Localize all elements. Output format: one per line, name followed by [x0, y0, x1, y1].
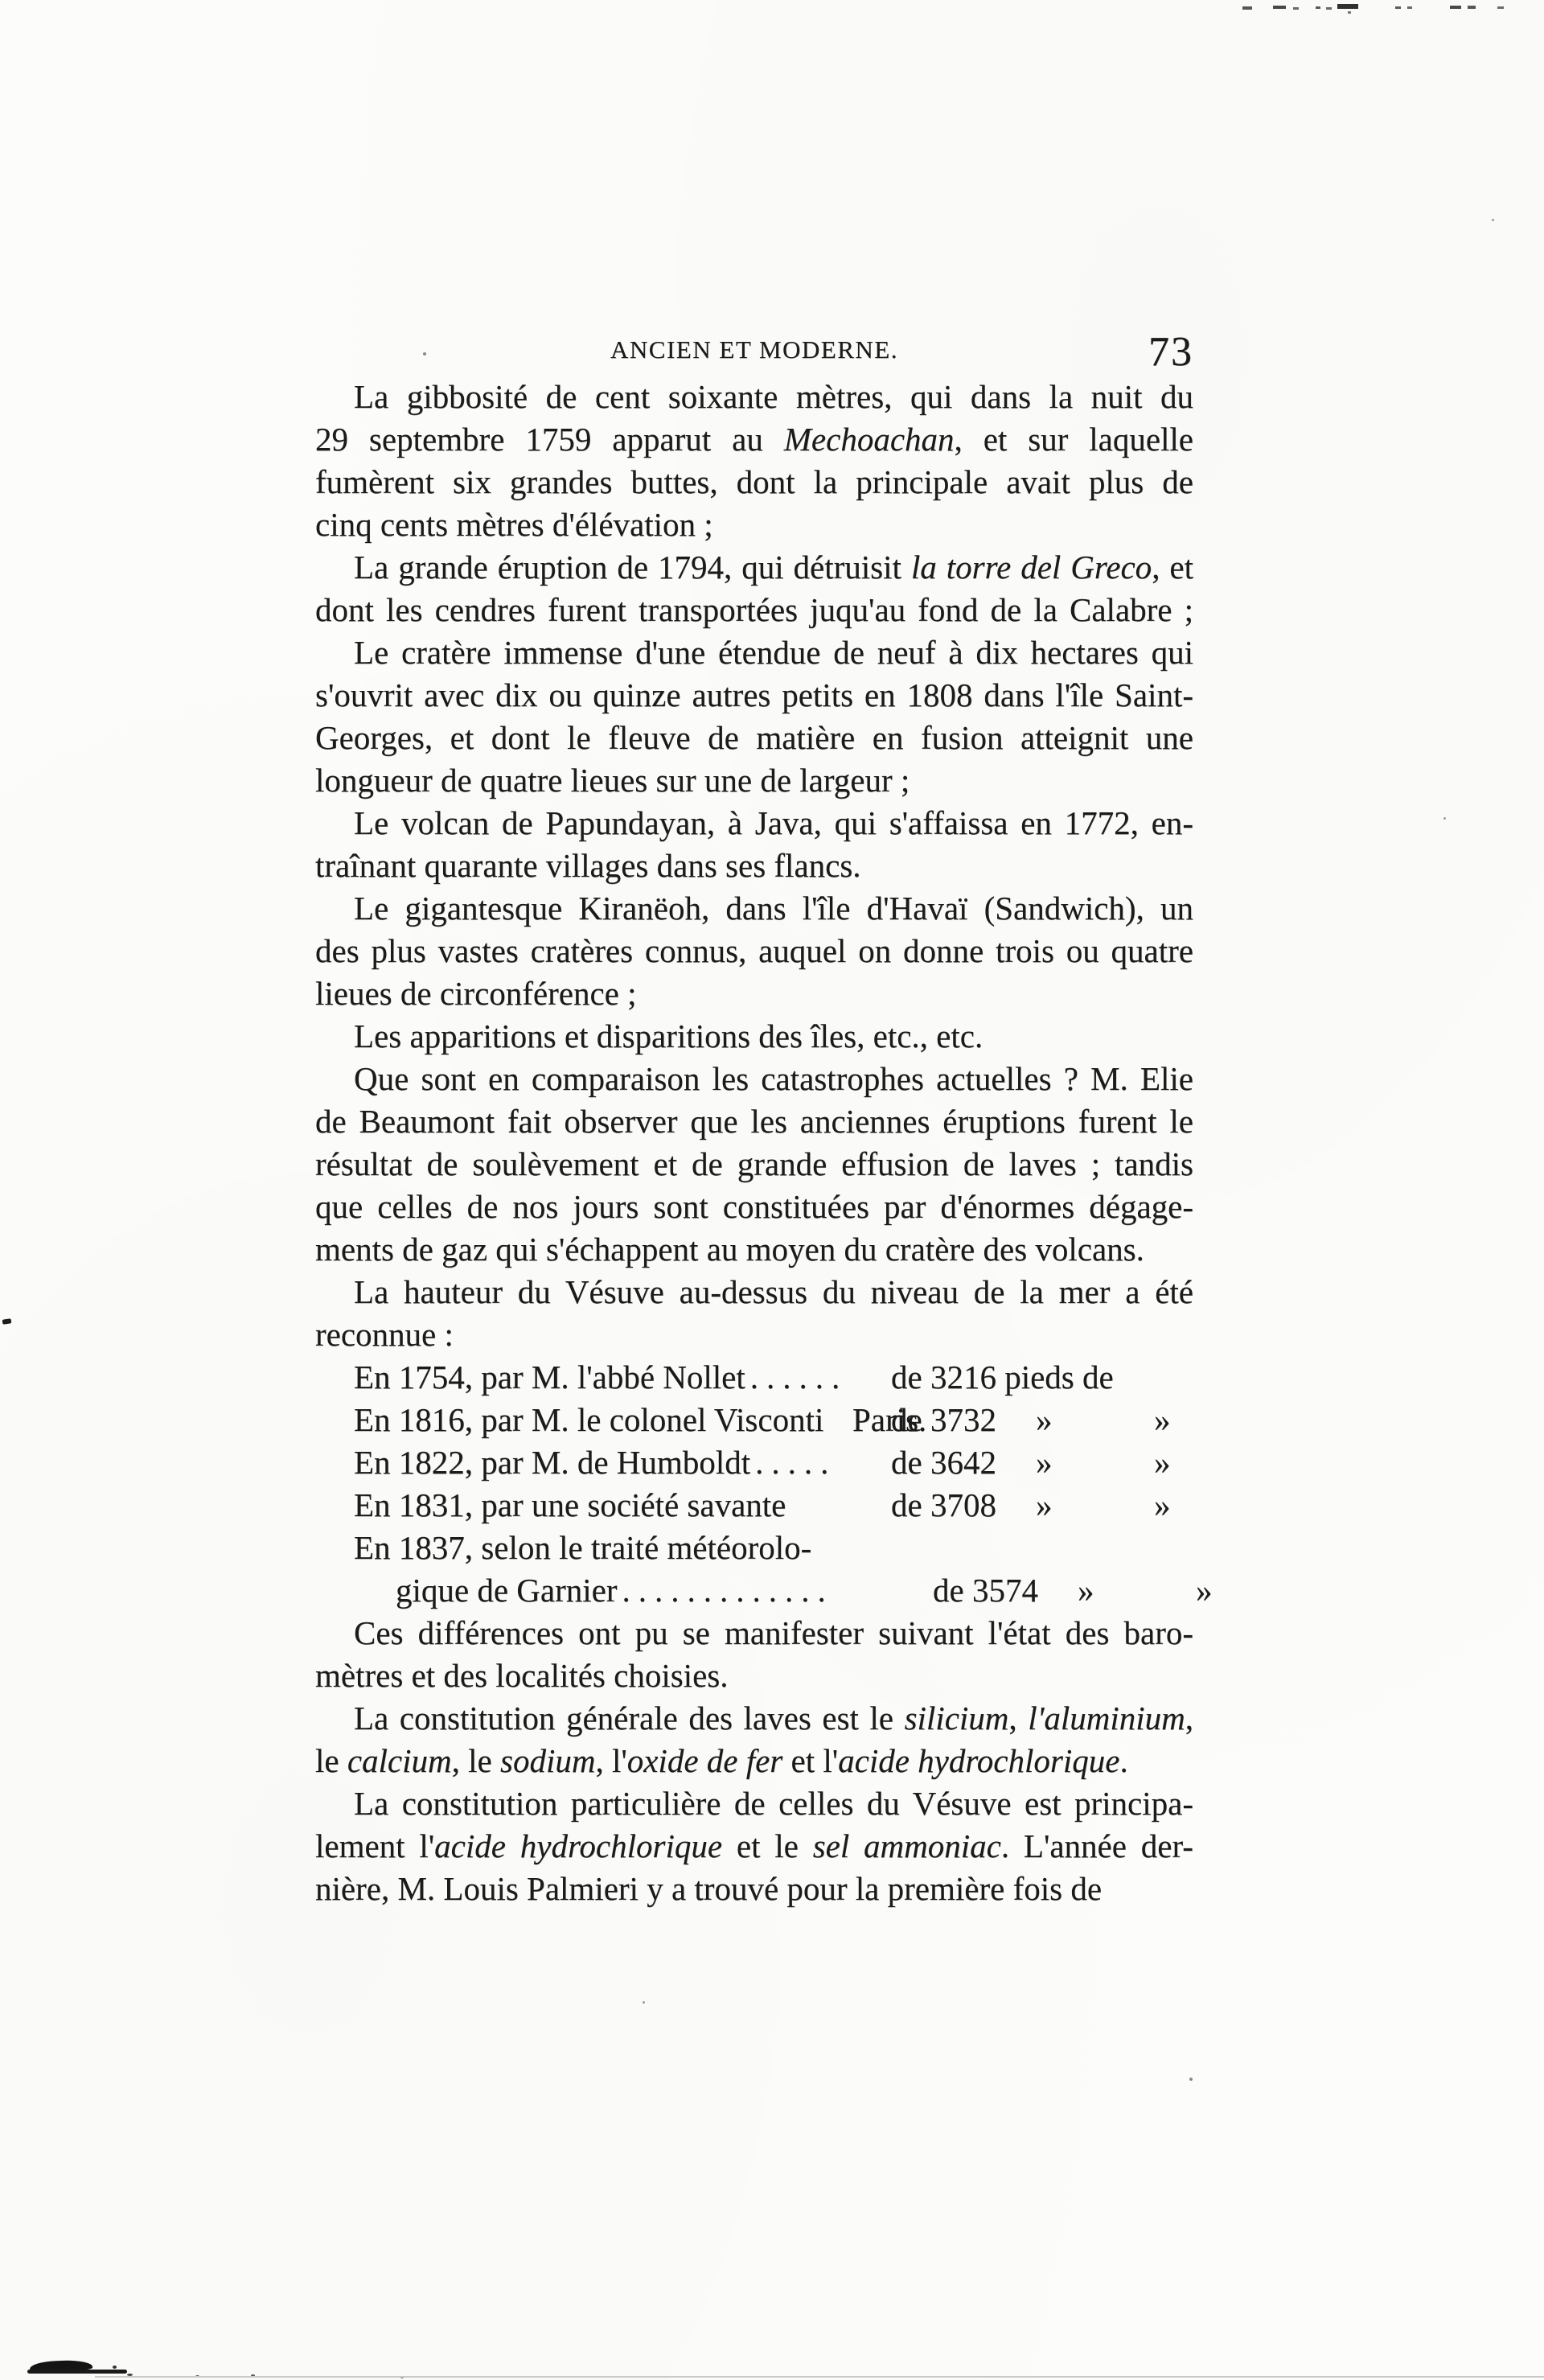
text-line: cinq cents mètres d'élévation ;	[315, 504, 1193, 546]
dot-leader: .............	[618, 1572, 834, 1609]
ink-speck	[423, 352, 426, 356]
text-line: La constitution générale des laves est l…	[315, 1697, 1193, 1740]
row-label: gique de Garnier	[396, 1572, 618, 1609]
ditto-mark: »	[997, 1399, 1053, 1441]
text-line: des plus vastes cratères connus, auquel …	[315, 930, 1193, 972]
text-line: La constitution particulière de celles d…	[315, 1782, 1193, 1825]
text-segment: mètres et des localités choisies.	[315, 1657, 728, 1694]
text-line: longueur de quatre lieues sur une de lar…	[315, 759, 1193, 802]
text-segment: dont les cendres furent transportées juq…	[315, 591, 1193, 628]
scan-dash	[1395, 6, 1401, 9]
text-segment: nière, M. Louis Palmieri y a trouvé pour…	[315, 1870, 1102, 1907]
text-segment: ,	[1185, 1700, 1193, 1737]
text-line: lieues de circonférence ;	[315, 972, 1193, 1015]
text-line: mètres et des localités choisies.	[315, 1654, 1193, 1697]
italic-text: la torre del Greco	[911, 549, 1152, 586]
ditto-mark: »	[1115, 1441, 1171, 1484]
text-segment: fumèrent six grandes buttes, dont la pri…	[315, 463, 1193, 500]
text-segment: et le	[722, 1827, 813, 1864]
text-segment: ments de gaz qui s'échappent au moyen du…	[315, 1231, 1144, 1268]
text-line: Ces différences ont pu se manifester sui…	[315, 1612, 1193, 1654]
text-line: traînant quarante villages dans ses flan…	[315, 845, 1193, 887]
text-segment: , et	[1152, 549, 1193, 586]
ink-smudge-tail	[27, 2370, 127, 2374]
text-segment: traînant quarante villages dans ses flan…	[315, 847, 861, 884]
text-line: La hauteur du Vésuve au-dessus du niveau…	[315, 1271, 1193, 1313]
ditto-mark: »	[997, 1569, 1094, 1612]
text-line: Que sont en comparaison les catastrophes…	[315, 1058, 1193, 1100]
text-segment: lieues de circonférence ;	[315, 975, 637, 1012]
table-row: En 1837, selon le traité météorolo-	[315, 1527, 1193, 1569]
scan-dash	[1497, 6, 1504, 9]
text-line: le calcium, le sodium, l'oxide de fer et…	[315, 1740, 1193, 1782]
page-header-title: ANCIEN ET MODERNE.	[610, 335, 898, 364]
text-segment: Que sont en comparaison les catastrophes…	[354, 1060, 1193, 1097]
text-segment: longueur de quatre lieues sur une de lar…	[315, 762, 910, 799]
row-label: En 1822, par M. de Humboldt	[354, 1444, 750, 1481]
dot-leader: ......	[745, 1359, 848, 1396]
scan-dash	[1293, 7, 1299, 10]
italic-text: acide hydrochlorique	[434, 1827, 722, 1864]
scan-dash	[1242, 6, 1252, 10]
text-segment: La gibbosité de cent soixante mètres, qu…	[354, 378, 1193, 415]
text-segment: et l'	[782, 1742, 838, 1779]
text-segment: résultat de soulèvement et de grande eff…	[315, 1145, 1193, 1182]
table-row: En 1816, par M. le colonel Viscontide 37…	[315, 1399, 1193, 1441]
text-segment: . L'année der-	[1001, 1827, 1193, 1864]
italic-text: calcium	[347, 1742, 452, 1779]
row-value: de 3732	[852, 1399, 996, 1441]
row-label: En 1754, par M. l'abbé Nollet	[354, 1359, 745, 1396]
row-label: En 1831, par une société savante	[354, 1486, 786, 1523]
row-value: de 3708	[852, 1484, 996, 1527]
italic-text: Mechoachan	[784, 421, 955, 458]
text-segment: lement l'	[315, 1827, 434, 1864]
text-line: ments de gaz qui s'échappent au moyen du…	[315, 1228, 1193, 1271]
text-segment: .	[1119, 1742, 1127, 1779]
text-segment: Ces différences ont pu se manifester sui…	[354, 1614, 1193, 1651]
ink-speck	[113, 2366, 117, 2369]
text-segment: cinq cents mètres d'élévation ;	[315, 506, 713, 543]
text-line: La grande éruption de 1794, qui détruisi…	[315, 546, 1193, 589]
ink-speck	[1189, 2078, 1193, 2081]
ditto-mark: »	[997, 1441, 1053, 1484]
scan-dash	[1273, 6, 1286, 9]
page-number: 73	[1089, 328, 1193, 376]
text-segment: des plus vastes cratères connus, auquel …	[315, 932, 1193, 969]
text-segment: , le	[452, 1742, 500, 1779]
scan-dash	[1337, 4, 1358, 9]
text-segment: La hauteur du Vésuve au-dessus du niveau…	[354, 1273, 1193, 1310]
ditto-mark: »	[1115, 1569, 1213, 1612]
text-segment: La constitution générale des laves est l…	[354, 1700, 905, 1737]
ditto-mark: »	[997, 1484, 1053, 1527]
text-segment: que celles de nos jours sont constituées…	[315, 1188, 1193, 1225]
text-line: reconnue :	[315, 1313, 1193, 1356]
text-segment: ,	[1008, 1700, 1028, 1737]
text-line: s'ouvrit avec dix ou quinze autres petit…	[315, 674, 1193, 717]
text-line: Le gigantesque Kiranëoh, dans l'île d'Ha…	[315, 887, 1193, 930]
text-segment: Le gigantesque Kiranëoh, dans l'île d'Ha…	[354, 890, 1193, 927]
scan-dash	[1468, 6, 1476, 9]
text-segment: Le volcan de Papundayan, à Java, qui s'a…	[354, 804, 1193, 841]
scan-dash	[1450, 6, 1461, 9]
text-line: lement l'acide hydrochlorique et le sel …	[315, 1825, 1193, 1868]
ditto-mark: »	[1115, 1399, 1171, 1441]
italic-text: silicium	[905, 1700, 1009, 1737]
italic-text: sel ammoniac	[813, 1827, 1001, 1864]
italic-text: sodium	[500, 1742, 595, 1779]
text-segment: , l'	[595, 1742, 626, 1779]
ink-speck	[1492, 219, 1494, 221]
text-line: dont les cendres furent transportées juq…	[315, 589, 1193, 631]
table-row: gique de Garnier.............de 3574»»	[315, 1569, 1193, 1612]
text-segment: La constitution particulière de celles d…	[354, 1785, 1193, 1822]
text-line: La gibbosité de cent soixante mètres, qu…	[315, 376, 1193, 418]
text-segment: le	[315, 1742, 347, 1779]
running-header: ANCIEN ET MODERNE.	[315, 335, 1193, 364]
text-line: 29 septembre 1759 apparut au Mechoachan,…	[315, 418, 1193, 461]
book-page: ANCIEN ET MODERNE. 73 La gibbosité de ce…	[0, 0, 1544, 2380]
ditto-mark: »	[1115, 1484, 1171, 1527]
text-segment: 29 septembre 1759 apparut au	[315, 421, 784, 458]
table-row: En 1754, par M. l'abbé Nollet......de 32…	[315, 1356, 1193, 1399]
text-line: nière, M. Louis Palmieri y a trouvé pour…	[315, 1868, 1193, 1910]
text-segment: reconnue :	[315, 1316, 454, 1353]
row-label: En 1816, par M. le colonel Visconti	[354, 1401, 823, 1438]
dot-leader: .....	[750, 1444, 836, 1481]
scan-edge-line	[95, 2376, 1544, 2378]
table-row: En 1831, par une société savantede 3708»…	[315, 1484, 1193, 1527]
text-segment: , et sur laquelle	[955, 421, 1194, 458]
text-line: fumèrent six grandes buttes, dont la pri…	[315, 461, 1193, 504]
text-segment: Les apparitions et disparitions des îles…	[354, 1017, 983, 1054]
scan-dash	[1316, 6, 1320, 9]
text-line: de Beaumont fait observer que les ancien…	[315, 1100, 1193, 1143]
text-line: Le volcan de Papundayan, à Java, qui s'a…	[315, 802, 1193, 845]
text-segment: Le cratère immense d'une étendue de neuf…	[354, 634, 1193, 671]
margin-ink-mark	[2, 1318, 12, 1324]
text-line: Georges, et dont le fleuve de matière en…	[315, 717, 1193, 759]
ink-speck	[1443, 817, 1446, 820]
italic-text: acide hydrochlorique	[838, 1742, 1119, 1779]
text-line: Les apparitions et disparitions des îles…	[315, 1015, 1193, 1058]
text-block: La gibbosité de cent soixante mètres, qu…	[315, 376, 1193, 1910]
text-segment: de Beaumont fait observer que les ancien…	[315, 1103, 1193, 1140]
row-label: En 1837, selon le traité météorolo-	[354, 1529, 811, 1566]
row-value: de 3642	[852, 1441, 996, 1484]
text-line: que celles de nos jours sont constituées…	[315, 1186, 1193, 1228]
text-segment: s'ouvrit avec dix ou quinze autres petit…	[315, 676, 1193, 713]
scan-dash	[1407, 6, 1412, 9]
ink-speck	[643, 2001, 645, 2004]
scan-dash	[1326, 7, 1332, 10]
text-line: Le cratère immense d'une étendue de neuf…	[315, 631, 1193, 674]
scan-dash	[1348, 11, 1351, 14]
text-segment: Georges, et dont le fleuve de matière en…	[315, 719, 1193, 756]
italic-text: oxide de fer	[627, 1742, 783, 1779]
text-segment: La grande éruption de 1794, qui détruisi…	[354, 549, 911, 586]
text-line: résultat de soulèvement et de grande eff…	[315, 1143, 1193, 1186]
table-row: En 1822, par M. de Humboldt.....de 3642»…	[315, 1441, 1193, 1484]
italic-text: l'aluminium	[1028, 1700, 1185, 1737]
